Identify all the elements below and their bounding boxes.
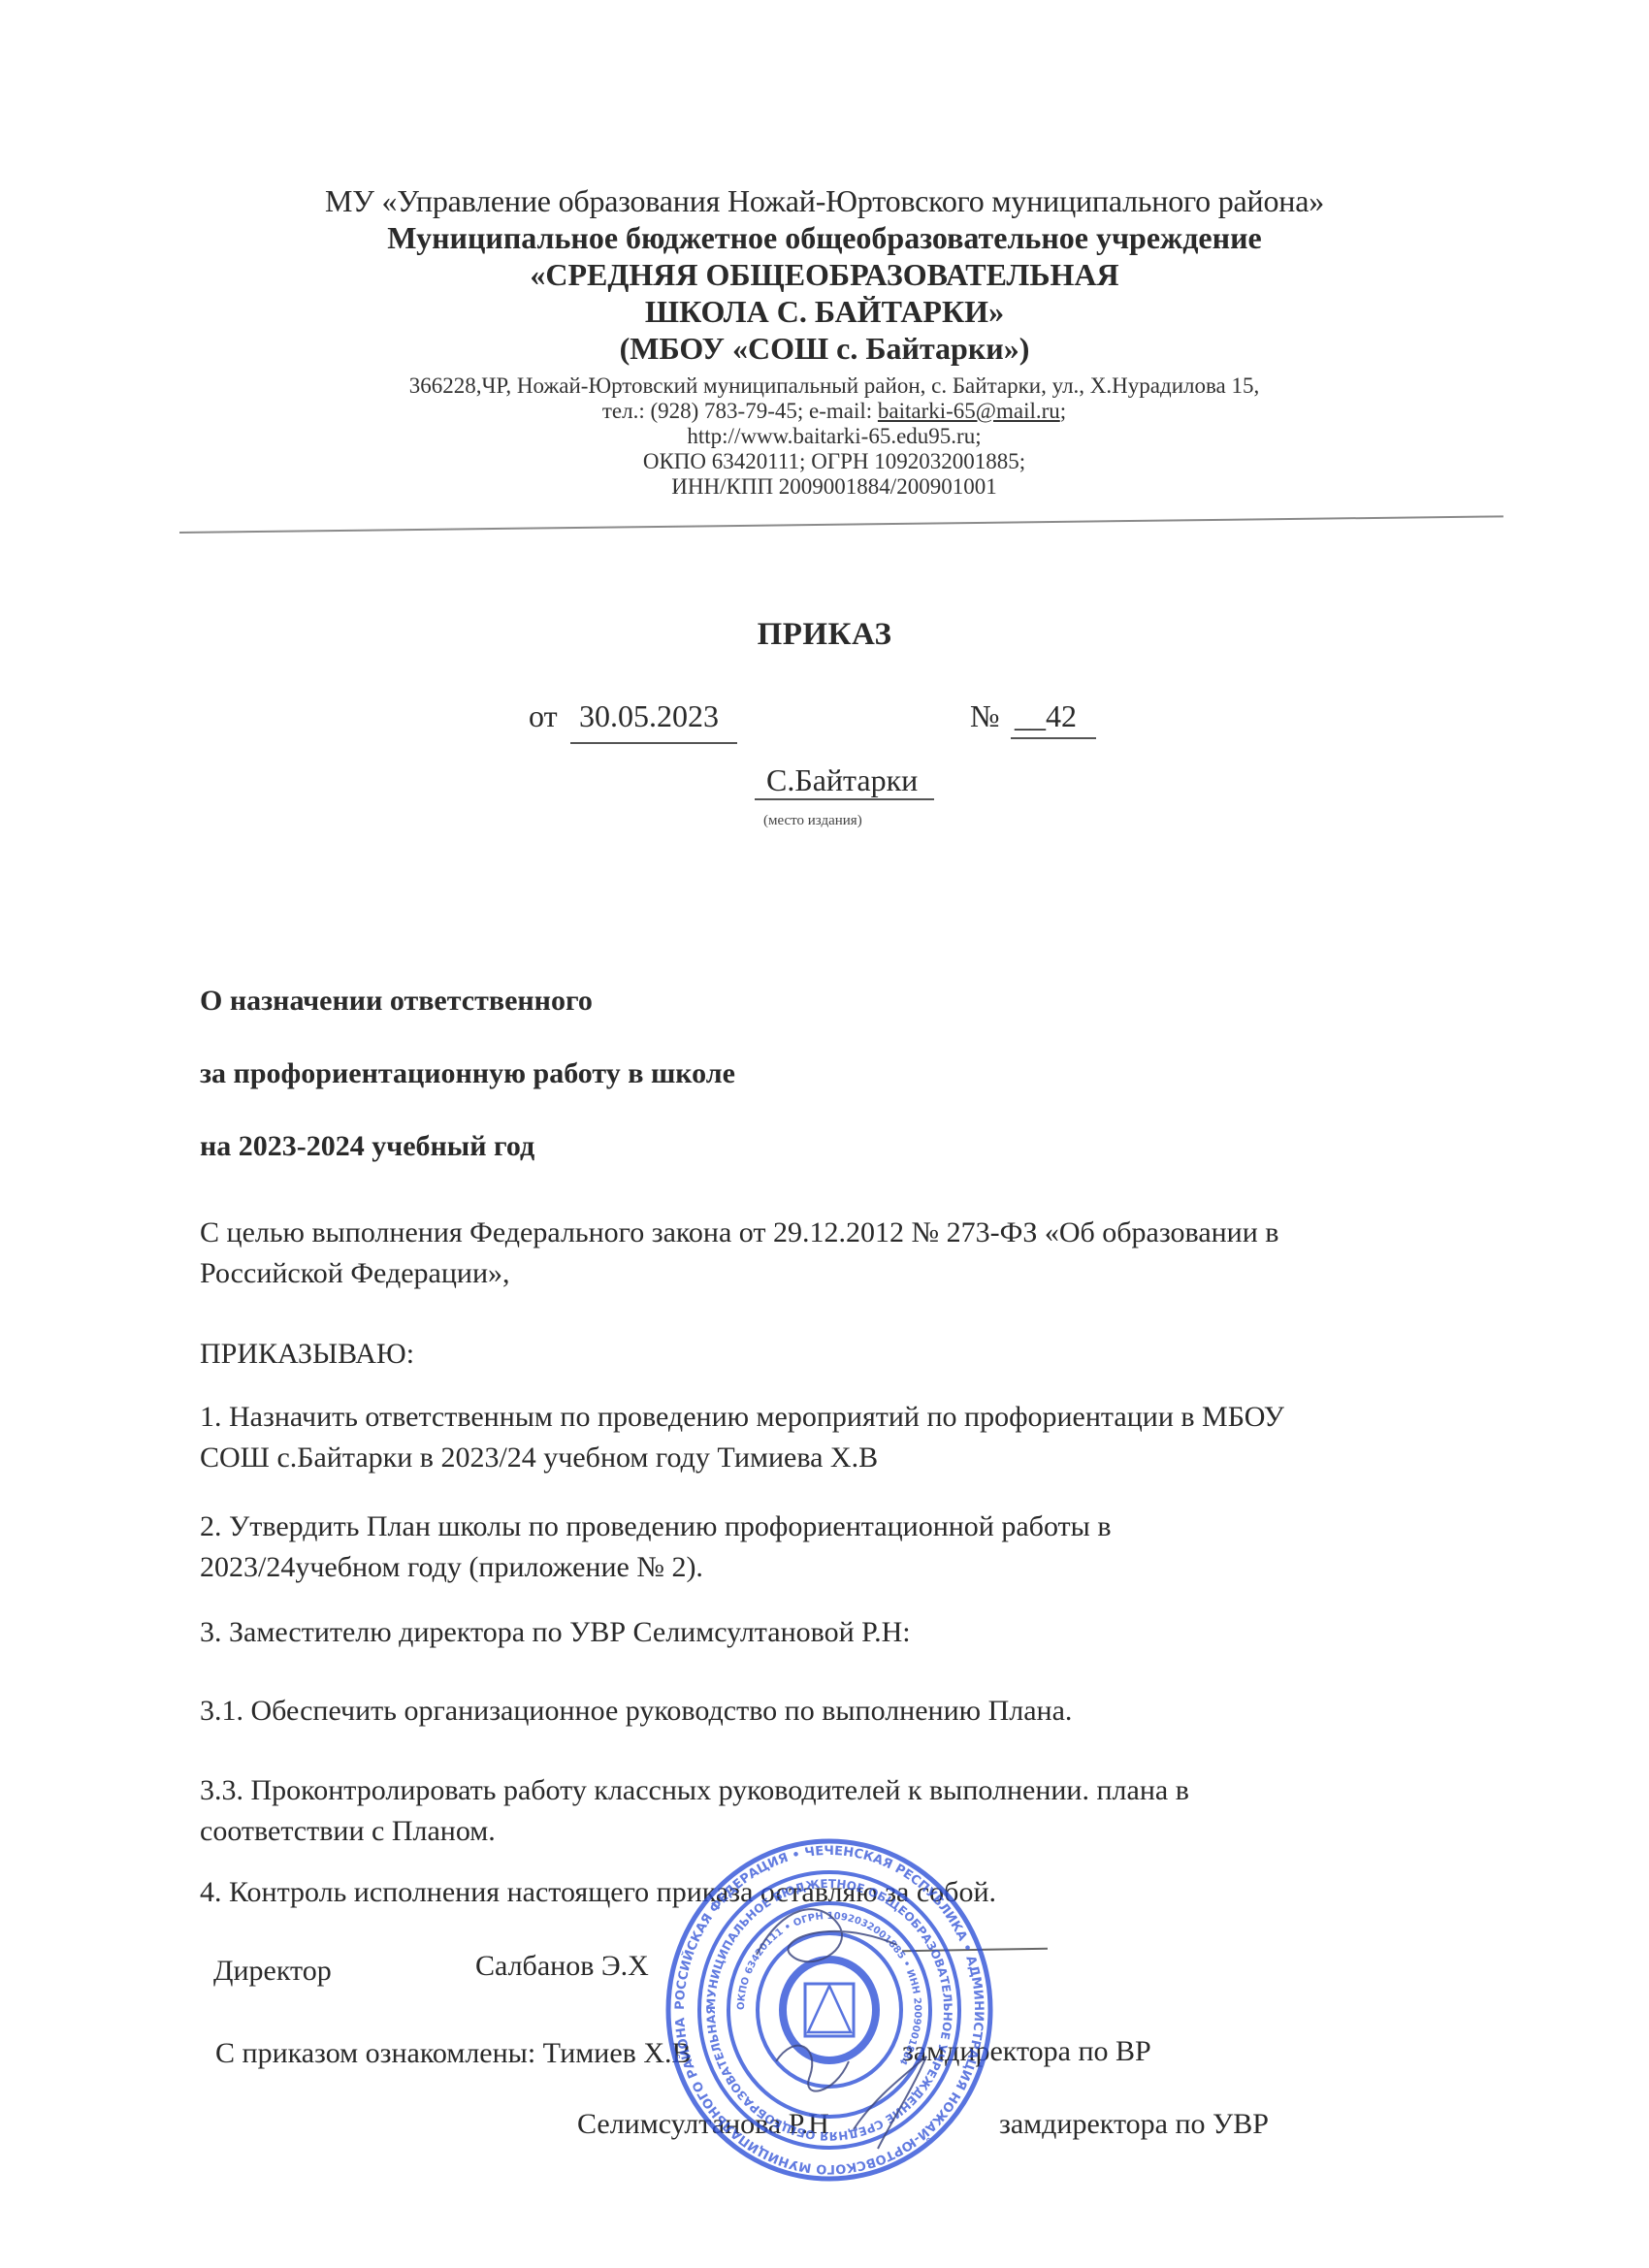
okpo-ogrn: ОКПО 63420111; ОГРН 1092032001885; <box>291 449 1377 474</box>
school-abbreviation: (МБОУ «СОШ с. Байтарки») <box>252 330 1397 367</box>
item-3-3-line1: 3.3. Проконтролировать работу классных р… <box>200 1770 1480 1811</box>
item-1: 1. Назначить ответственным по проведению… <box>200 1397 1480 1478</box>
document-title: ПРИКАЗ <box>0 617 1649 653</box>
item-2-line1: 2. Утвердить План школы по проведению пр… <box>200 1507 1480 1547</box>
school-name-line2: ШКОЛА С. БАЙТАРКИ» <box>252 293 1397 330</box>
subject-line3: на 2023-2024 учебный год <box>200 1130 534 1163</box>
item-1-line2: СОШ с.Байтарки в 2023/24 учебном году Ти… <box>200 1438 1480 1478</box>
place-caption: (место издания) <box>763 813 862 829</box>
order-word: ПРИКАЗЫВАЮ: <box>200 1334 1480 1375</box>
order-number: __42 <box>1015 698 1077 734</box>
inn-kpp: ИНН/КПП 2009001884/200901001 <box>291 474 1377 500</box>
website-link[interactable]: http://www.baitarki-65.edu95.ru; <box>291 424 1377 449</box>
signature-line <box>902 1948 1048 1953</box>
person2-role: замдиректора по УВР <box>999 2108 1269 2141</box>
subject-line2: за профориентационную работу в школе <box>200 1057 735 1090</box>
date-label: от <box>529 698 558 734</box>
subject-line1: О назначении ответственного <box>200 985 593 1018</box>
phone-email: тел.: (928) 783-79-45; e-mail: baitarki-… <box>291 399 1377 424</box>
phone: тел.: (928) 783-79-45; e-mail: <box>602 399 878 423</box>
letterhead: МУ «Управление образования Ножай-Юртовск… <box>252 182 1397 367</box>
item-1-line1: 1. Назначить ответственным по проведению… <box>200 1397 1480 1438</box>
item-4: 4. Контроль исполнения настоящего приказ… <box>200 1872 1480 1913</box>
preamble: С целью выполнения Федерального закона о… <box>200 1213 1480 1294</box>
number-underline <box>1011 737 1096 739</box>
preamble-line1: С целью выполнения Федерального закона о… <box>200 1213 1480 1253</box>
item-3-3: 3.3. Проконтролировать работу классных р… <box>200 1770 1480 1852</box>
preamble-line2: Российской Федерации», <box>200 1253 1480 1294</box>
director-name: Салбанов Э.Х <box>475 1950 649 1983</box>
date-underline <box>570 742 737 744</box>
person2-name: Селимсултанова Р.Н <box>577 2108 829 2141</box>
email-suffix: ; <box>1060 399 1066 423</box>
header-divider <box>179 515 1503 534</box>
issue-place: С.Байтарки <box>766 762 918 798</box>
number-label: № <box>970 698 1000 734</box>
person1-role: замдиректора по ВР <box>902 2035 1151 2068</box>
school-name-line1: «СРЕДНЯЯ ОБЩЕОБРАЗОВАТЕЛЬНАЯ <box>252 256 1397 293</box>
email-link[interactable]: baitarki-65@mail.ru <box>878 399 1060 423</box>
address: 366228,ЧР, Ножай-Юртовский муниципальный… <box>291 373 1377 399</box>
acquainted-label: С приказом ознакомлены: Тимиев Х.В <box>215 2037 692 2070</box>
director-title: Директор <box>213 1955 332 1988</box>
item-2-line2: 2023/24учебном году (приложение № 2). <box>200 1547 1480 1588</box>
order-date: 30.05.2023 <box>579 698 719 734</box>
institution-type: Муниципальное бюджетное общеобразователь… <box>252 219 1397 256</box>
place-underline <box>755 798 934 800</box>
authority-name: МУ «Управление образования Ножай-Юртовск… <box>252 182 1397 219</box>
svg-text:ОКПО 63420111 • ОГРН 109203200: ОКПО 63420111 • ОГРН 1092032001885 • ИНН… <box>736 1911 922 2066</box>
item-2: 2. Утвердить План школы по проведению пр… <box>200 1507 1480 1588</box>
contact-block: 366228,ЧР, Ножай-Юртовский муниципальный… <box>291 373 1377 500</box>
item-3: 3. Заместителю директора по УВР Селимсул… <box>200 1612 1480 1653</box>
item-3-1: 3.1. Обеспечить организационное руководс… <box>200 1691 1480 1732</box>
item-3-3-line2: соответствии с Планом. <box>200 1811 1480 1852</box>
